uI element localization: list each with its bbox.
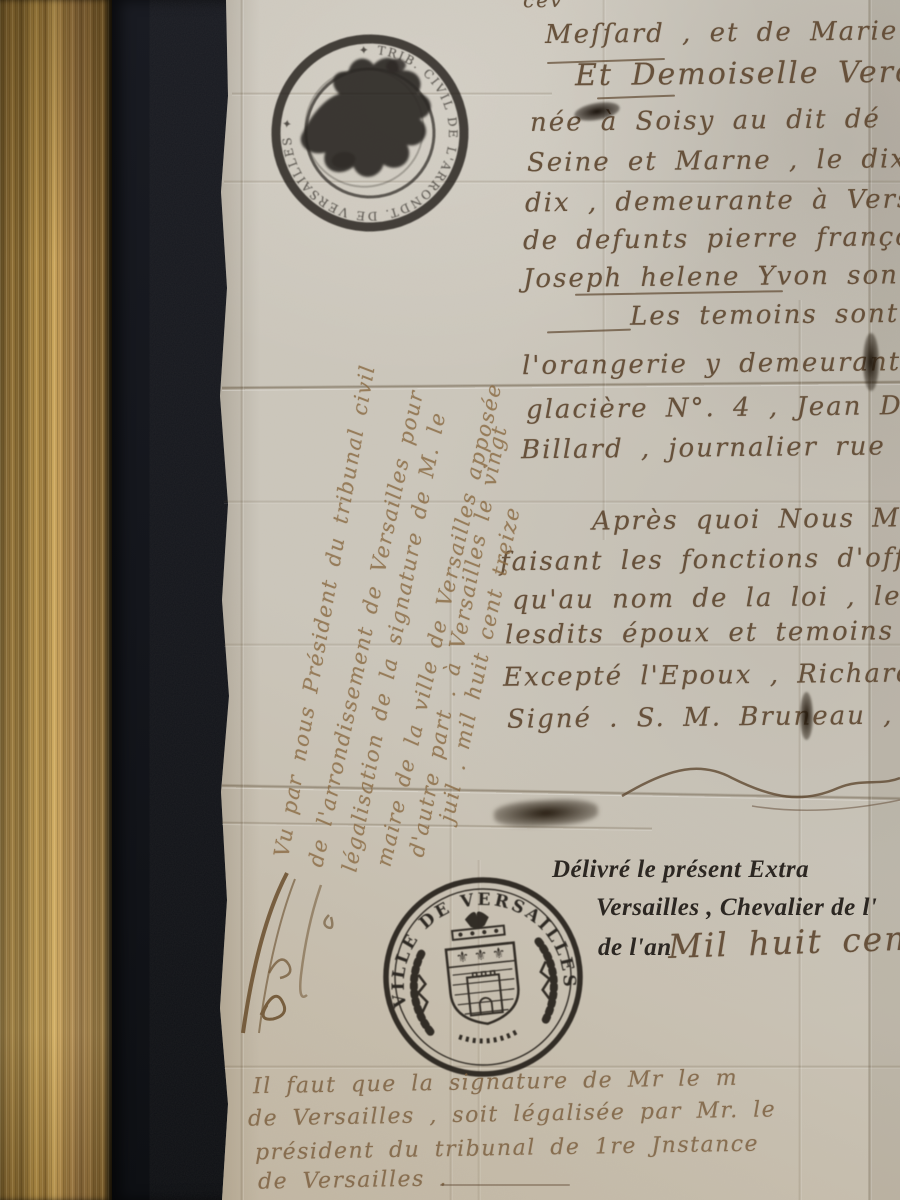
fleur-de-lis-row: ⚜ ⚜ ⚜ — [455, 944, 506, 967]
fold-hole — [800, 692, 813, 740]
gilded-frame — [0, 0, 112, 1200]
printed-line: Versailles , Chevalier de l' — [596, 894, 877, 922]
paraph-flourish-icon — [612, 748, 900, 828]
printed-line: Délivré le présent Extra — [552, 856, 809, 884]
framed-document-photo: ✦ TRIB. CIVIL DE L'ARRONDT. DE VERSAILLE… — [0, 0, 900, 1200]
manuscript-line: glacière N°. 4 , Jean Dubuis , bourg — [526, 389, 900, 425]
manuscript-line: Après quoi Nous M — [592, 503, 900, 536]
manuscript-line: dix , demeurante à Versailles — [525, 184, 900, 219]
legalization-line: de Versailles . — [258, 1166, 448, 1194]
manuscript-line: Meſſard , et de Marie a — [545, 16, 900, 50]
manuscript-line: Joseph helene Yvon son ép — [523, 260, 900, 294]
versailles-seal-icon: VILLE DE VERSAILLES ⚜ ⚜ ⚜ — [378, 872, 588, 1082]
manuscript-line: qu'au nom de la loi , lesdits ép — [512, 580, 900, 615]
manuscript-line: Signé . S. M. Bruneau , Dufay , — [507, 699, 900, 734]
manuscript-line: faisant les fonctions d'offici — [500, 543, 900, 578]
manuscript-line: lesdits époux et temoins Sig — [505, 616, 900, 651]
manuscript-line: cev — [523, 0, 564, 12]
manuscript-line: Billard , journalier rue de la Surintend — [521, 429, 900, 466]
manuscript-line: Seine et Marne , le dix f — [527, 144, 900, 178]
printed-line-label: de l'an — [598, 934, 672, 962]
manuscript-line: Les temoins sont les — [630, 298, 900, 331]
fold-hole — [863, 333, 879, 391]
marginal-signature-flourish — [225, 855, 365, 1065]
trailing-dash-stroke — [440, 1184, 570, 1186]
manuscript-line: l'orangerie y demeurants Nicolas Lau — [522, 345, 900, 381]
manuscript-line: Excepté l'Epoux , Richard , et B — [503, 657, 900, 692]
eagle-stamp-icon: ✦ TRIB. CIVIL DE L'ARRONDT. DE VERSAILLE… — [251, 14, 488, 251]
manuscript-line: Et Demoiselle Veronique — [575, 54, 900, 94]
manuscript-line: de defunts pierre françois — [523, 222, 900, 256]
